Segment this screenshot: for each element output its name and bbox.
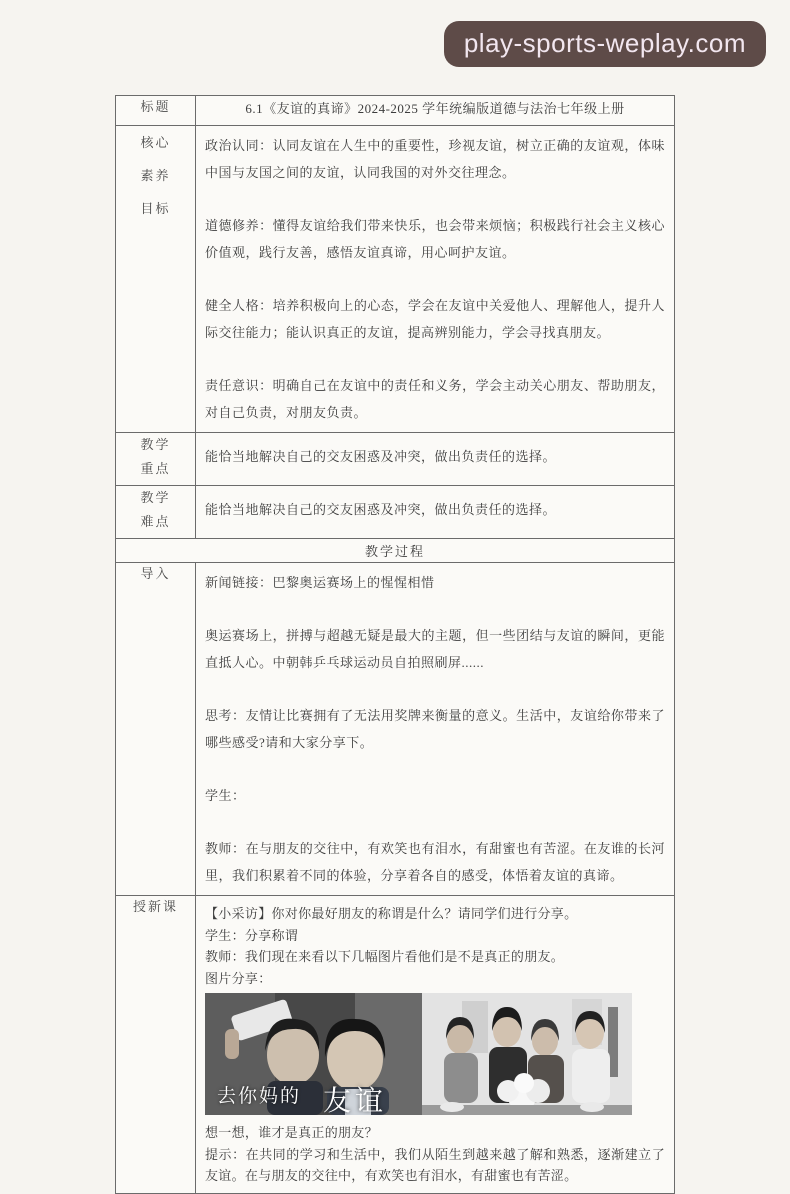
- key-point-content: 能恰当地解决自己的交友困惑及冲突，做出负责任的选择。: [196, 433, 675, 486]
- paragraph-sound-personality: 健全人格：培养积极向上的心态，学会在友谊中关爱他人、理解他人，提升人际交往能力；…: [205, 292, 665, 346]
- paragraph-student: 学生：: [205, 782, 665, 809]
- paragraph-hint: 提示：在共同的学习和生活中，我们从陌生到越来越了解和熟悉，逐渐建立了友谊。在与朋…: [205, 1144, 665, 1187]
- group-photo: [422, 993, 632, 1115]
- label-line: 素养: [116, 159, 195, 192]
- paragraph-moral-cultivation: 道德修养：懂得友谊给我们带来快乐，也会带来烦恼；积极践行社会主义核心价值观，践行…: [205, 212, 665, 266]
- row-label-new-lesson: 授新课: [116, 896, 196, 1194]
- paragraph-teacher-pictures: 教师：我们现在来看以下几幅图片看他们是不是真正的朋友。: [205, 946, 665, 968]
- paragraph-student-share: 学生：分享称谓: [205, 925, 665, 947]
- paragraph-picture-share: 图片分享：: [205, 968, 665, 990]
- paragraph-responsibility: 责任意识：明确自己在友谊中的责任和义务，学会主动关心朋友、帮助朋友，对自己负责，…: [205, 372, 665, 426]
- group-photo-graphic: [422, 993, 632, 1115]
- photo-caption-large: 友谊: [323, 1090, 387, 1112]
- paragraph-teacher: 教师：在与朋友的交往中，有欢笑也有泪水，有甜蜜也有苦涩。在友谁的长河里，我们积累…: [205, 835, 665, 889]
- row-label-difficulty: 教学 难点: [116, 486, 196, 539]
- label-line: 核心: [116, 126, 195, 159]
- label-line: 难点: [116, 510, 195, 534]
- row-label-key-point: 教学 重点: [116, 433, 196, 486]
- table-row-teaching-difficulty: 教学 难点 能恰当地解决自己的交友困惑及冲突，做出负责任的选择。: [116, 486, 675, 539]
- lesson-title: 6.1《友谊的真谛》2024-2025 学年统编版道德与法治七年级上册: [196, 96, 675, 126]
- selfie-photo: 去你妈的 友谊: [205, 993, 422, 1115]
- table-row-new-lesson: 授新课 【小采访】你对你最好朋友的称谓是什么？请同学们进行分享。 学生：分享称谓…: [116, 896, 675, 1194]
- row-label-core-literacy: 核心 素养 目标: [116, 126, 196, 433]
- table-row-process-header: 教学过程: [116, 539, 675, 563]
- lesson-plan-table: 标题 6.1《友谊的真谛》2024-2025 学年统编版道德与法治七年级上册 核…: [115, 95, 675, 1194]
- paragraph-news-link: 新闻链接：巴黎奥运赛场上的惺惺相惜: [205, 569, 665, 596]
- paragraph-political-identity: 政治认同：认同友谊在人生中的重要性，珍视友谊，树立正确的友谊观，体味中国与友国之…: [205, 132, 665, 186]
- table-row-intro: 导入 新闻链接：巴黎奥运赛场上的惺惺相惜 奥运赛场上，拼搏与超越无疑是最大的主题…: [116, 563, 675, 896]
- paragraph-thinking: 思考：友情让比赛拥有了无法用奖牌来衡量的意义。生活中，友谊给你带来了哪些感受?请…: [205, 702, 665, 756]
- row-label-intro: 导入: [116, 563, 196, 896]
- table-row-core-literacy: 核心 素养 目标 政治认同：认同友谊在人生中的重要性，珍视友谊，树立正确的友谊观…: [116, 126, 675, 433]
- paragraph-interview: 【小采访】你对你最好朋友的称谓是什么？请同学们进行分享。: [205, 903, 665, 925]
- process-header: 教学过程: [116, 539, 675, 563]
- photo-strip: 去你妈的 友谊: [205, 993, 632, 1115]
- page: { "watermark": { "text": "play-sports-we…: [0, 0, 790, 1116]
- photo-caption-small: 去你妈的: [217, 1086, 301, 1108]
- paragraph-think: 想一想，谁才是真正的朋友？: [205, 1122, 665, 1144]
- intro-content: 新闻链接：巴黎奥运赛场上的惺惺相惜 奥运赛场上，拼搏与超越无疑是最大的主题，但一…: [196, 563, 675, 896]
- label-line: 教学: [116, 433, 195, 457]
- watermark-text: play-sports-weplay.com: [464, 28, 746, 58]
- paragraph-olympics: 奥运赛场上，拼搏与超越无疑是最大的主题，但一些团结与友谊的瞬间，更能直抵人心。中…: [205, 622, 665, 676]
- table-row-title: 标题 6.1《友谊的真谛》2024-2025 学年统编版道德与法治七年级上册: [116, 96, 675, 126]
- core-literacy-content: 政治认同：认同友谊在人生中的重要性，珍视友谊，树立正确的友谊观，体味中国与友国之…: [196, 126, 675, 433]
- label-line: 重点: [116, 457, 195, 481]
- table-row-teaching-key-point: 教学 重点 能恰当地解决自己的交友困惑及冲突，做出负责任的选择。: [116, 433, 675, 486]
- row-label-title: 标题: [116, 96, 196, 126]
- watermark-badge: play-sports-weplay.com: [444, 21, 766, 67]
- new-lesson-content: 【小采访】你对你最好朋友的称谓是什么？请同学们进行分享。 学生：分享称谓 教师：…: [196, 896, 675, 1194]
- label-line: 教学: [116, 486, 195, 510]
- label-line: 目标: [116, 192, 195, 225]
- difficulty-content: 能恰当地解决自己的交友困惑及冲突，做出负责任的选择。: [196, 486, 675, 539]
